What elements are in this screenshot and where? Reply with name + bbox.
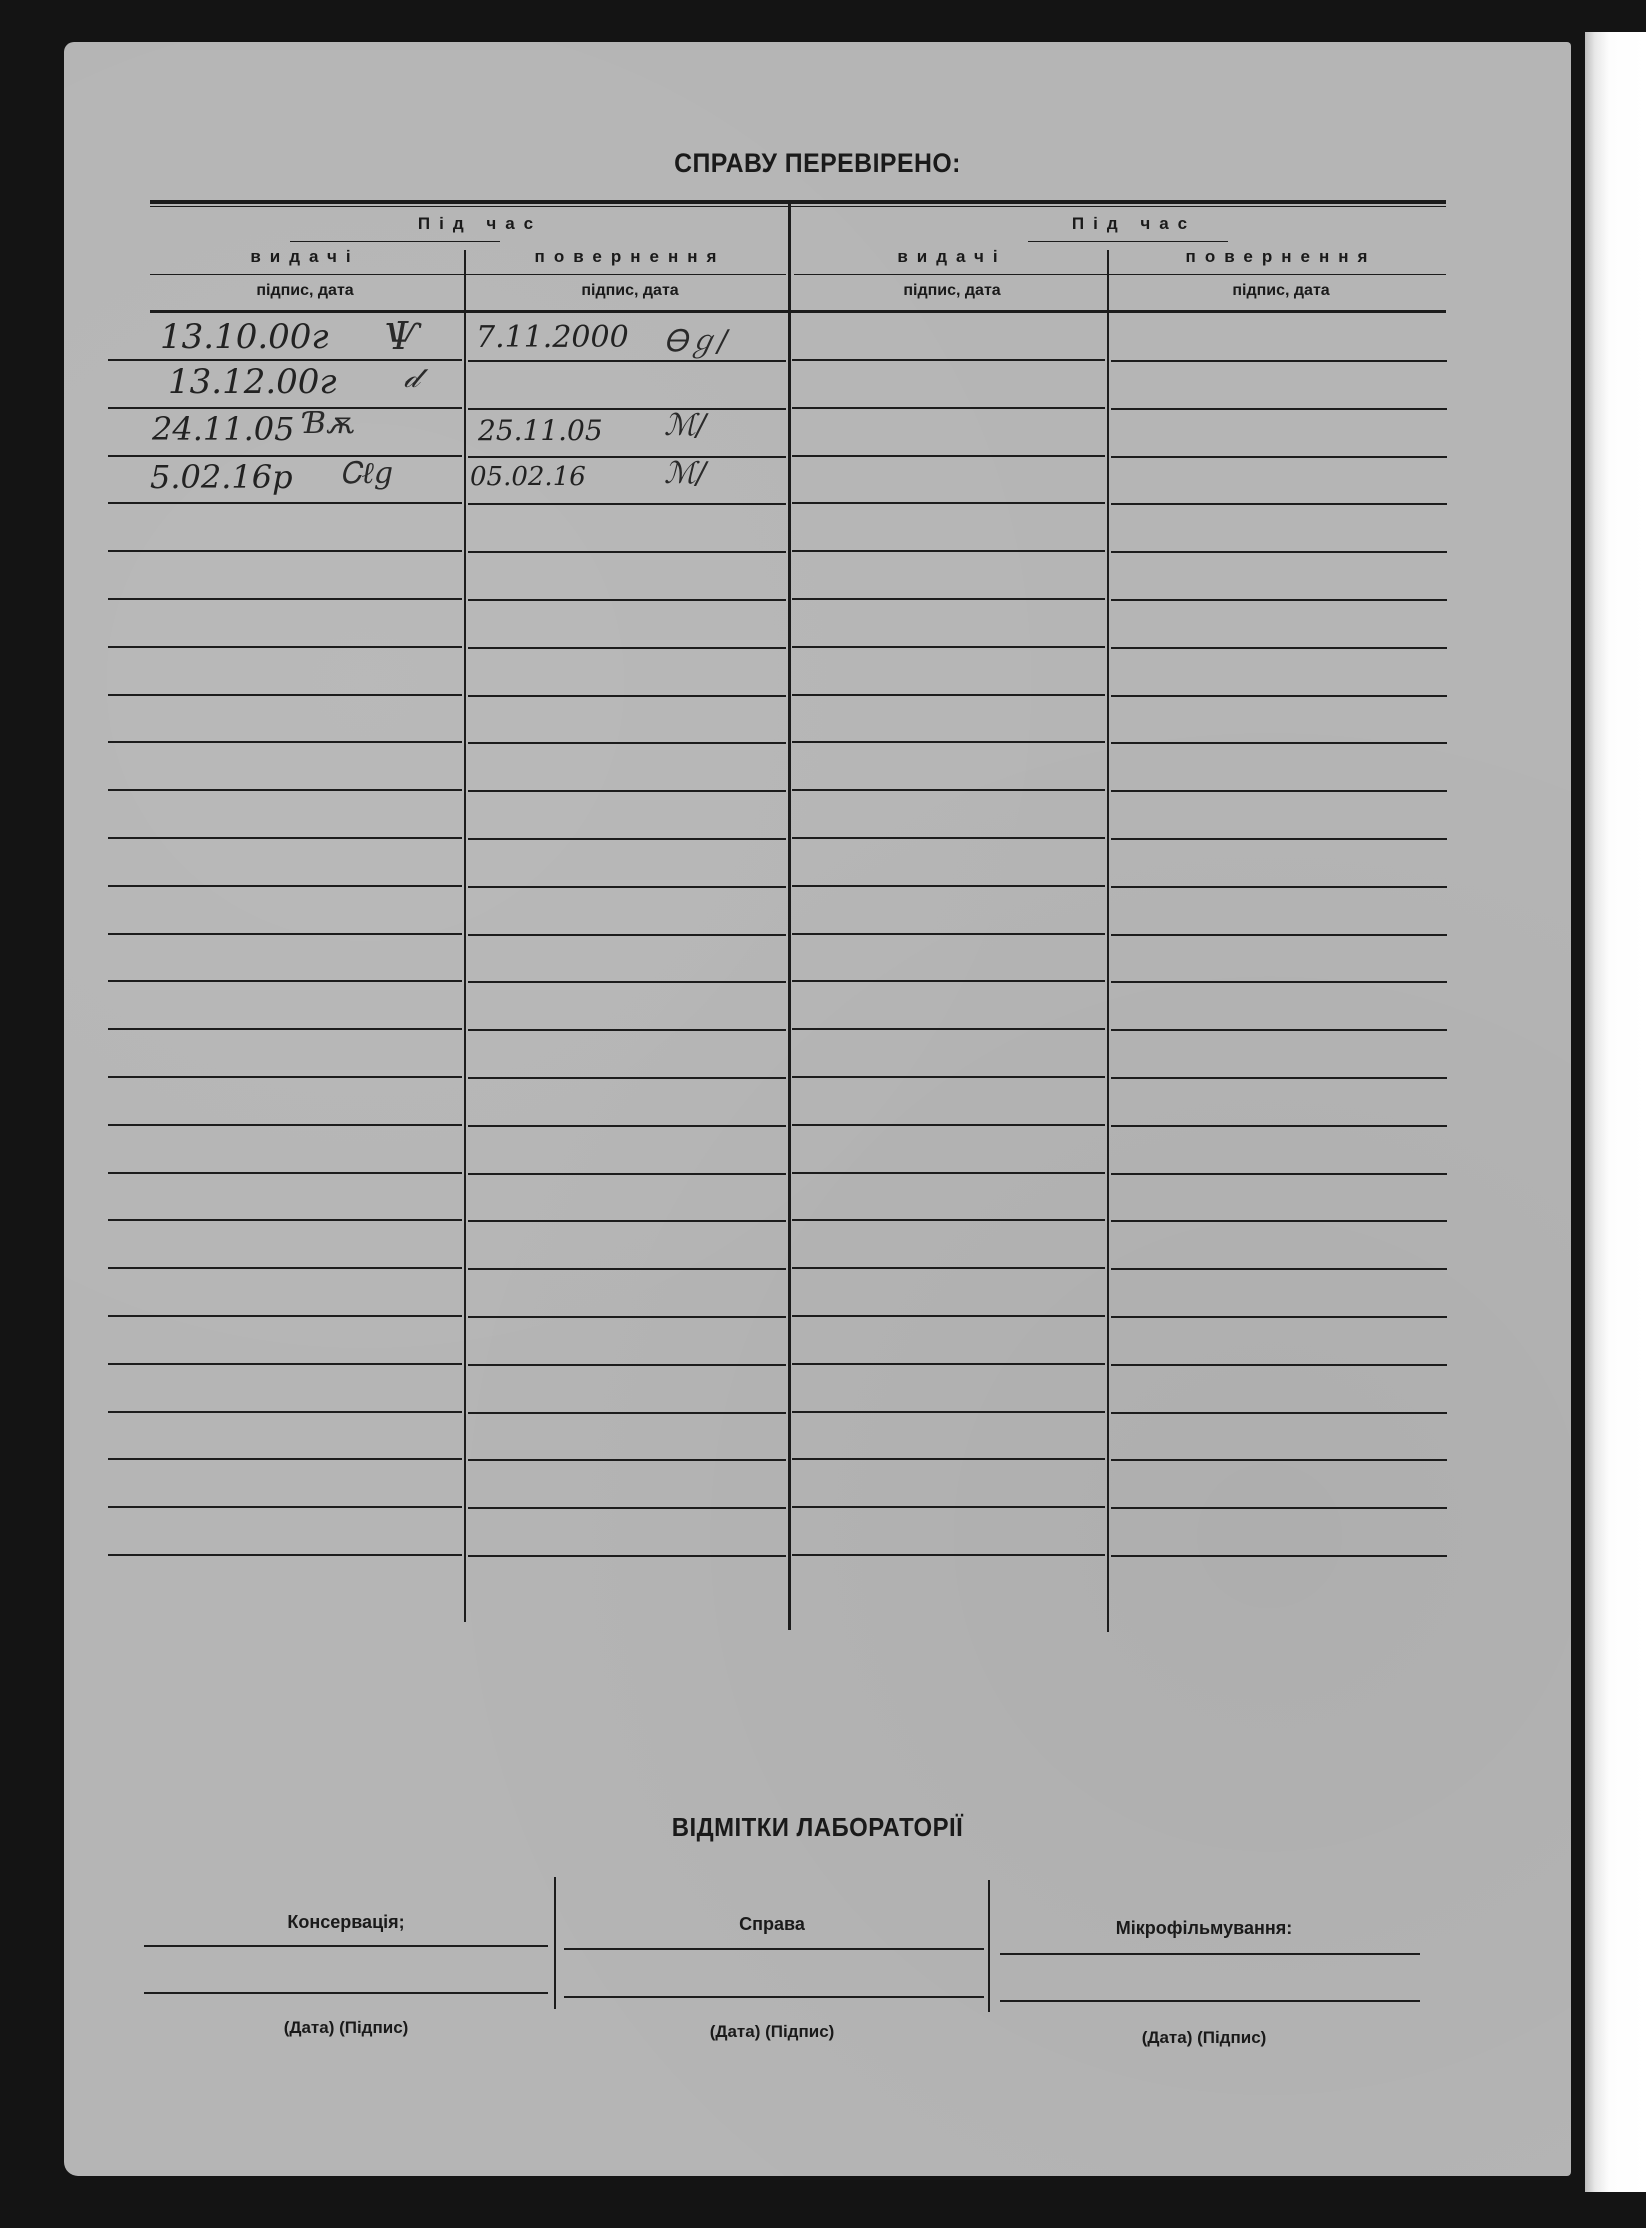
lab-conservation-footer: (Дата) (Підпис) (144, 2018, 548, 2038)
table-row-line (792, 646, 1105, 648)
lab-conservation-line-2 (144, 1992, 548, 1994)
row4-return-signature: ℳ/ (664, 456, 706, 491)
table-row-line (1111, 456, 1447, 458)
table-row-line (1111, 1459, 1447, 1461)
left-subheader-rule (150, 274, 786, 275)
table-row-line (468, 1364, 786, 1366)
table-row-line (108, 598, 462, 600)
table-row-line (792, 1411, 1105, 1413)
lab-conservation-label: Консервація; (144, 1912, 548, 1933)
table-row-line (792, 1124, 1105, 1126)
table-row-line (108, 646, 462, 648)
table-row-line (468, 551, 786, 553)
table-row-line (792, 741, 1105, 743)
table-row-line (1111, 1125, 1447, 1127)
table-row-line (1111, 790, 1447, 792)
right-col-issue-subheader: підпис, дата (794, 282, 1110, 300)
table-row-line (108, 1028, 462, 1030)
right-col-return-subheader: підпис, дата (1116, 282, 1446, 300)
table-row-line (1111, 1507, 1447, 1509)
table-row-line (1111, 408, 1447, 410)
laboratory-title: ВІДМІТКИ ЛАБОРАТОРІЇ (124, 1812, 1510, 1843)
lab-microfilm-footer: (Дата) (Підпис) (994, 2028, 1414, 2048)
left-col-issue-header: видачі (150, 247, 460, 267)
table-row-line (468, 647, 786, 649)
row1-return-signature: Ꮎℊ/ (664, 316, 727, 360)
table-row-line (108, 1458, 462, 1460)
row4-return-date: 05.02.16 (470, 462, 586, 492)
table-row-line (1111, 360, 1447, 362)
table-row-line (792, 1172, 1105, 1174)
lab-divider-1 (554, 1877, 556, 2009)
table-row-line (792, 502, 1105, 504)
adjacent-page-edge (1585, 32, 1646, 2192)
table-row-line (1111, 838, 1447, 840)
table-row-line (468, 1268, 786, 1270)
table-row-line (468, 1077, 786, 1079)
table-row-line (108, 1315, 462, 1317)
left-group-underline (290, 241, 500, 242)
table-row-line (792, 885, 1105, 887)
left-col-issue-subheader: підпис, дата (150, 282, 460, 300)
table-row-line (792, 694, 1105, 696)
table-row-line (108, 407, 462, 409)
left-col-return-subheader: підпис, дата (472, 282, 788, 300)
table-row-line (108, 933, 462, 935)
table-row-line (792, 1028, 1105, 1030)
row1-issue-signature: Ѱ (384, 314, 420, 358)
table-row-line (108, 1219, 462, 1221)
table-row-line (468, 886, 786, 888)
lab-case-line-1 (564, 1948, 984, 1950)
table-row-line (468, 1555, 786, 1557)
row2-issue-date: 13.12.00г (168, 362, 337, 402)
left-col-return-header: повернення (472, 247, 788, 267)
table-row-line (1111, 1316, 1447, 1318)
table-row-line (1111, 1412, 1447, 1414)
lab-microfilm-line-1 (1000, 1953, 1420, 1955)
table-row-line (468, 1029, 786, 1031)
table-row-line (792, 1506, 1105, 1508)
table-row-line (792, 1315, 1105, 1317)
table-row-line (1111, 1268, 1447, 1270)
row3-issue-signature: Ɓѫ (304, 406, 354, 441)
table-row-line (108, 885, 462, 887)
left-col-divider (464, 250, 466, 1622)
row3-return-signature: ℳ/ (664, 408, 706, 443)
row1-issue-date: 13.10.00г (160, 317, 329, 357)
right-group-underline (1028, 241, 1228, 242)
table-row-line (468, 599, 786, 601)
row3-return-date: 25.11.05 (478, 414, 603, 447)
table-row-line (108, 694, 462, 696)
table-row-line (792, 933, 1105, 935)
table-row-line (468, 1459, 786, 1461)
table-row-line (108, 1506, 462, 1508)
table-row-line (468, 503, 786, 505)
table-row-line (1111, 503, 1447, 505)
table-row-line (468, 790, 786, 792)
lab-case-label: Справа (560, 1914, 984, 1935)
table-row-line (1111, 1220, 1447, 1222)
table-row-line (468, 1125, 786, 1127)
table-row-line (468, 695, 786, 697)
table-row-line (108, 741, 462, 743)
table-row-line (792, 1458, 1105, 1460)
right-col-divider (1107, 250, 1109, 1632)
lab-microfilm-line-2 (1000, 2000, 1420, 2002)
right-col-return-header: повернення (1116, 247, 1446, 267)
table-row-line (468, 742, 786, 744)
table-row-line (468, 981, 786, 983)
table-row-line (792, 1554, 1105, 1556)
table-row-line (1111, 934, 1447, 936)
table-row-line (1111, 1173, 1447, 1175)
table-row-line (108, 789, 462, 791)
page-title: СПРАВУ ПЕРЕВІРЕНО: (124, 148, 1510, 179)
right-group-header: Під час (984, 214, 1284, 234)
table-row-line (1111, 1555, 1447, 1557)
row2-issue-signature: 𝒹 (404, 360, 419, 395)
table-row-line (108, 980, 462, 982)
top-rule (150, 200, 1446, 204)
row3-issue-date: 24.11.05 (152, 410, 295, 448)
table-row-line (108, 1076, 462, 1078)
table-row-line (468, 838, 786, 840)
table-row-line (1111, 551, 1447, 553)
table-row-line (792, 359, 1105, 361)
table-row-line (792, 550, 1105, 552)
table-row-line (108, 550, 462, 552)
table-row-line (108, 837, 462, 839)
table-row-line (792, 1219, 1105, 1221)
table-row-line (108, 1554, 462, 1556)
header-bottom-rule (150, 310, 1446, 313)
table-row-line (1111, 695, 1447, 697)
table-row-line (792, 1267, 1105, 1269)
table-row-line (792, 455, 1105, 457)
table-row-line (468, 1507, 786, 1509)
table-row-line (468, 360, 786, 362)
table-row-line (792, 789, 1105, 791)
table-row-line (468, 934, 786, 936)
lab-case-line-2 (564, 1996, 984, 1998)
table-row-line (1111, 981, 1447, 983)
top-rule-thin (150, 206, 1446, 207)
table-row-line (1111, 647, 1447, 649)
table-row-line (468, 1412, 786, 1414)
table-row-line (108, 502, 462, 504)
table-row-line (468, 1316, 786, 1318)
table-row-line (108, 1267, 462, 1269)
lab-divider-2 (988, 1880, 990, 2012)
lab-case-footer: (Дата) (Підпис) (560, 2022, 984, 2042)
right-subheader-rule (794, 274, 1446, 275)
table-row-line (1111, 1364, 1447, 1366)
row4-issue-signature: Ꮯℓg (340, 456, 393, 491)
left-group-header: Під час (290, 214, 670, 234)
document-page: СПРАВУ ПЕРЕВІРЕНО: Під час видачі поверн… (64, 42, 1571, 2176)
right-col-issue-header: видачі (794, 247, 1110, 267)
table-row-line (468, 408, 786, 410)
table-row-line (1111, 1029, 1447, 1031)
table-row-line (108, 455, 462, 457)
lab-conservation-line-1 (144, 1945, 548, 1947)
table-row-line (108, 1411, 462, 1413)
table-row-line (792, 407, 1105, 409)
center-divider (788, 200, 791, 1630)
table-row-line (792, 598, 1105, 600)
table-row-line (792, 980, 1105, 982)
row4-issue-date: 5.02.16р (150, 458, 293, 496)
row1-return-date: 7.11.2000 (476, 320, 629, 355)
table-row-line (108, 1172, 462, 1174)
lab-microfilm-label: Мікрофільмування: (994, 1918, 1414, 1939)
table-row-line (792, 1076, 1105, 1078)
table-row-line (1111, 886, 1447, 888)
table-row-line (468, 1220, 786, 1222)
table-row-line (468, 1173, 786, 1175)
table-row-line (1111, 1077, 1447, 1079)
table-row-line (1111, 742, 1447, 744)
table-row-line (792, 837, 1105, 839)
table-row-line (1111, 599, 1447, 601)
table-row-line (792, 1363, 1105, 1365)
table-row-line (108, 1363, 462, 1365)
table-row-line (108, 1124, 462, 1126)
table-row-line (468, 456, 786, 458)
